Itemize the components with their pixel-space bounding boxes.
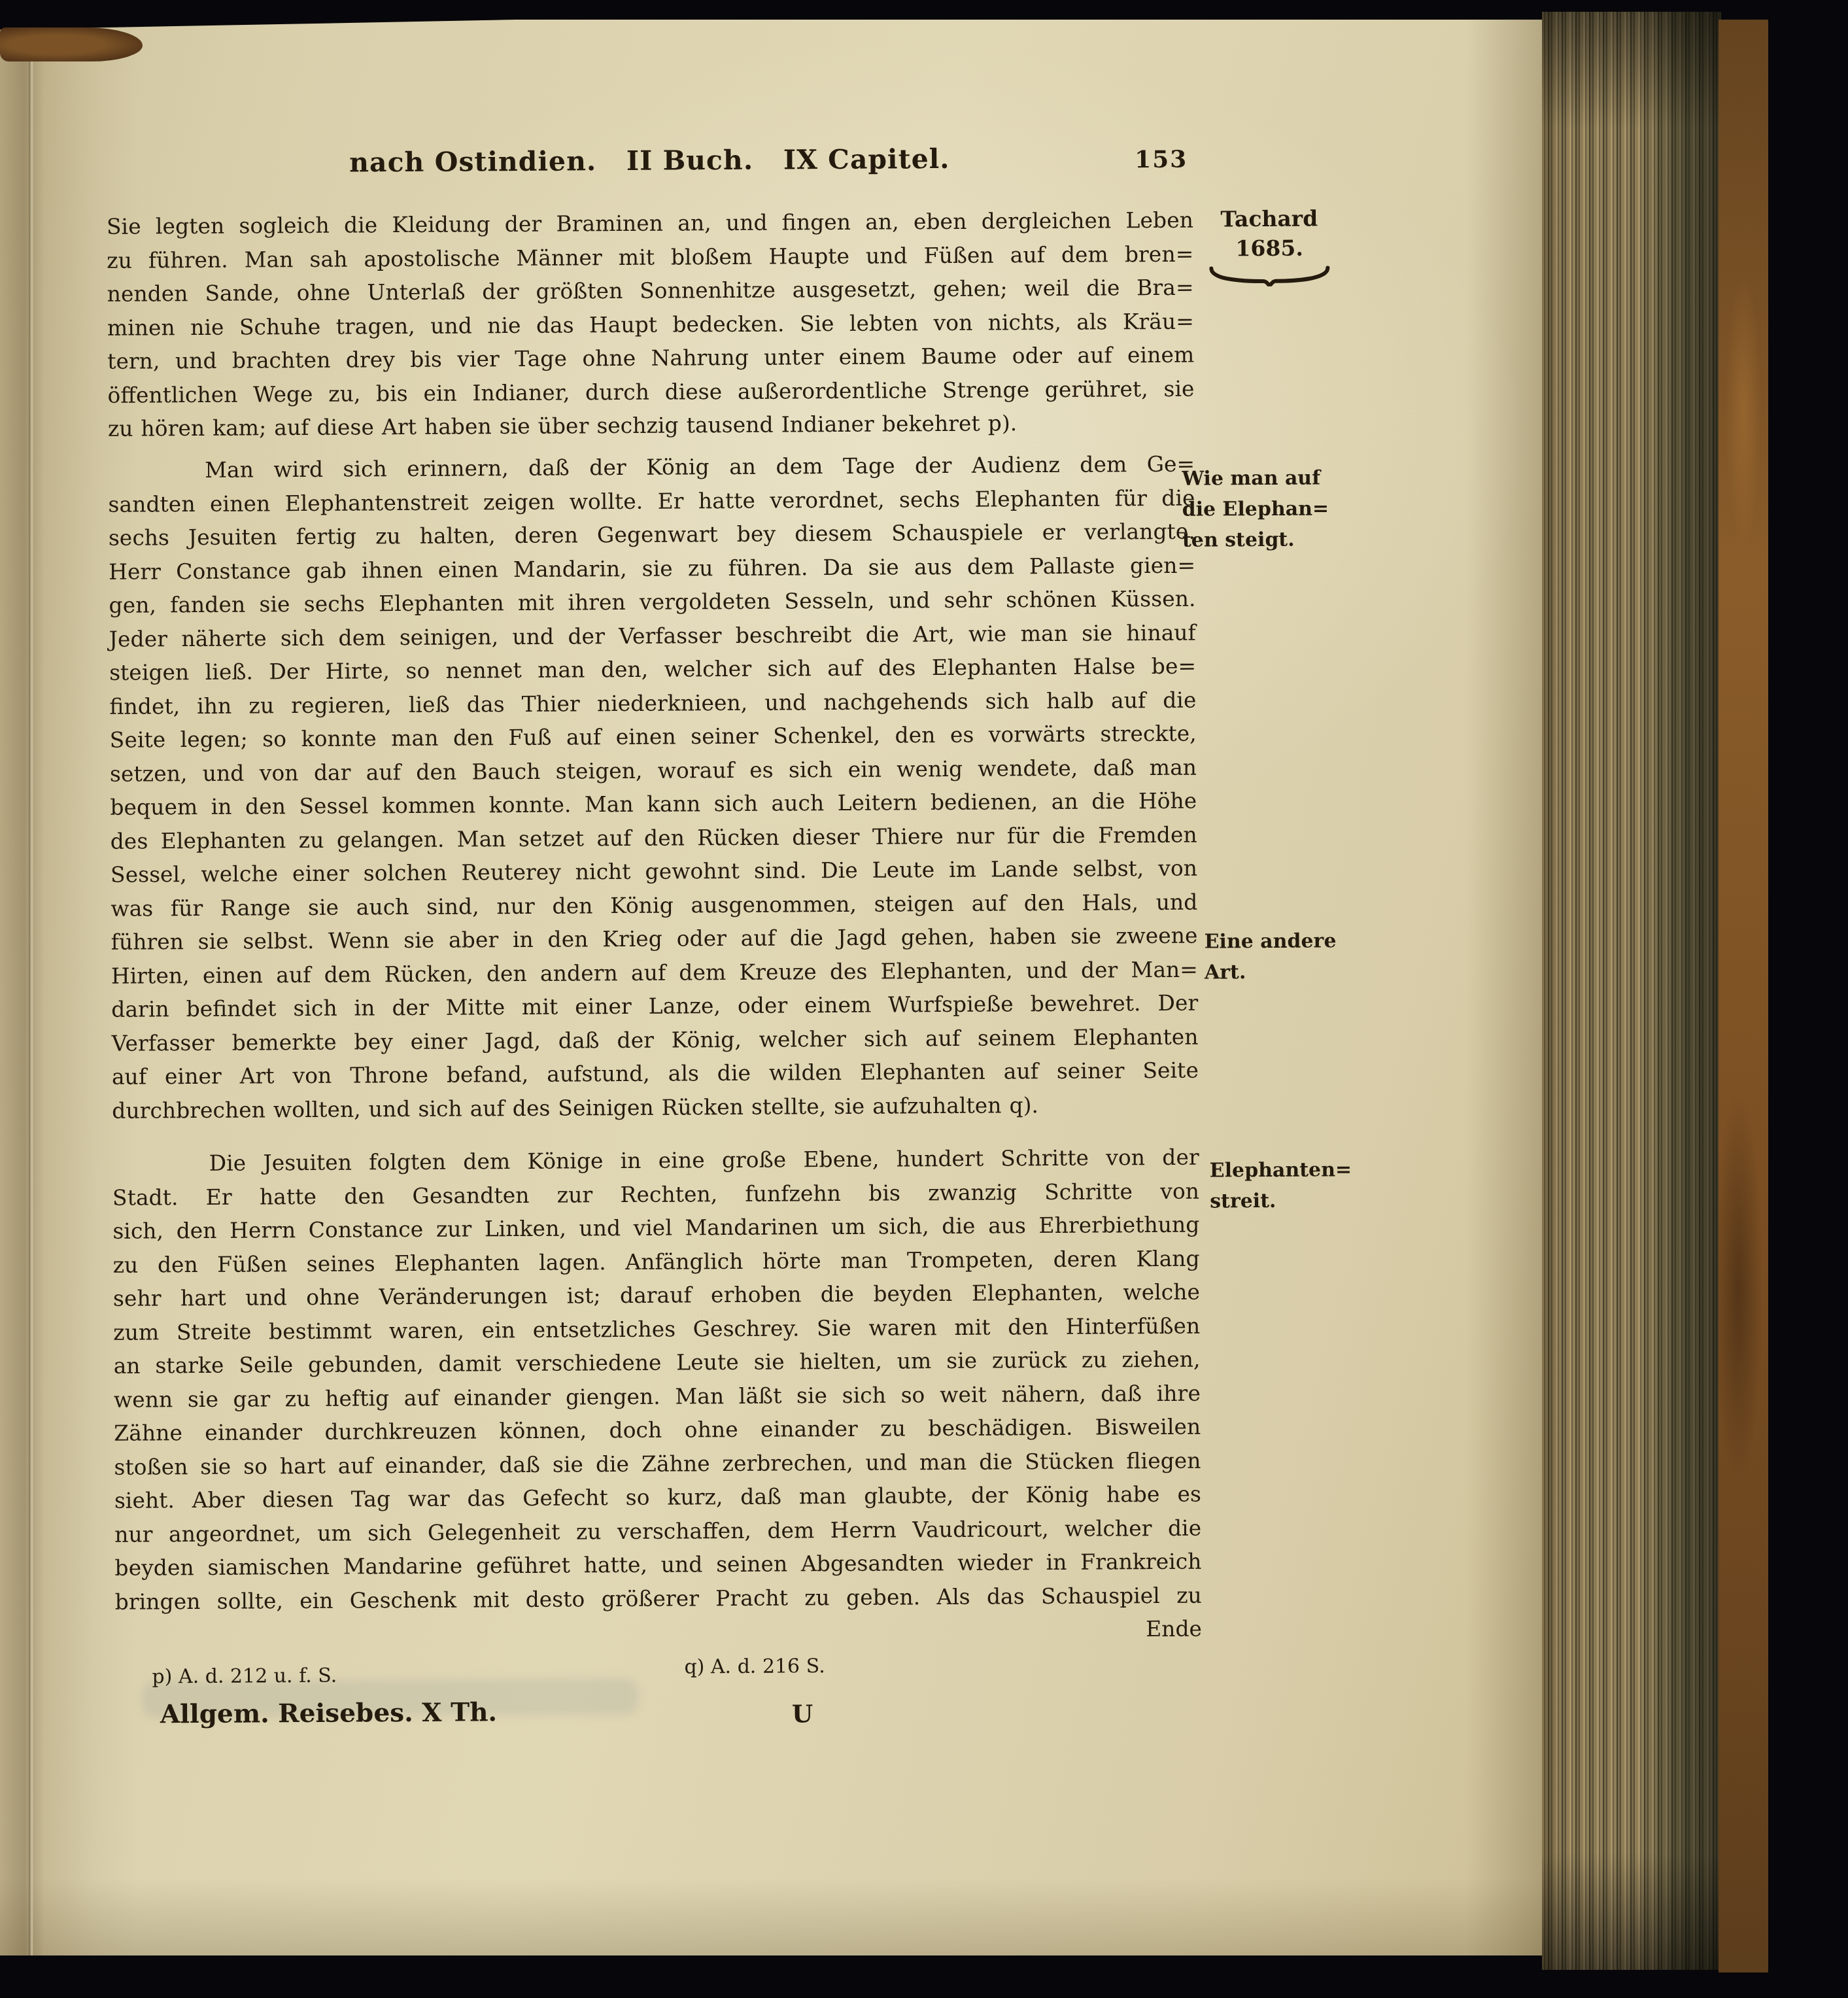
text-line: sich, den Herrn Constance zur Linken, un… bbox=[112, 1208, 1199, 1249]
text-line: Sessel, welche einer solchen Reuterey ni… bbox=[111, 852, 1197, 892]
text-line: Zähne einander durchkreuzen können, doch… bbox=[114, 1410, 1201, 1451]
text-line: beyden siamischen Mandarine geführet hat… bbox=[114, 1545, 1201, 1585]
margin-note-line: Elephanten= bbox=[1210, 1154, 1373, 1186]
margin-note-line: Wie man auf bbox=[1182, 462, 1345, 494]
footnote-p: p) A. d. 212 u. f. S. bbox=[152, 1664, 337, 1689]
text-line: Seite legen; so konnte man den Fuß auf e… bbox=[110, 717, 1197, 757]
margin-note-line: Art. bbox=[1205, 956, 1368, 988]
text-line: bringen sollte, ein Geschenk mit desto g… bbox=[115, 1578, 1202, 1619]
text-line: Man wird sich erinnern, daß der König an… bbox=[108, 447, 1195, 488]
text-line: sieht. Aber diesen Tag war das Gefecht s… bbox=[114, 1477, 1201, 1518]
footnote-q: q) A. d. 216 S. bbox=[684, 1655, 825, 1678]
margin-note-elephant-fight: Elephanten= streit. bbox=[1210, 1154, 1374, 1217]
paragraph-2: Man wird sich erinnern, daß der König an… bbox=[108, 447, 1199, 1128]
margin-note-line: die Elephan= bbox=[1182, 493, 1345, 525]
paragraph-3: Die Jesuiten folgten dem Könige in eine … bbox=[112, 1141, 1202, 1619]
margin-note-line: streit. bbox=[1210, 1185, 1373, 1217]
section-brace-icon bbox=[1207, 264, 1331, 286]
margin-note-line: 1685. bbox=[1204, 233, 1335, 263]
text-line: führen sie selbst. Wenn sie aber in den … bbox=[111, 919, 1197, 959]
margin-note-tachard: Tachard 1685. bbox=[1204, 203, 1335, 286]
paragraph-1: Sie legten sogleich die Kleidung der Bra… bbox=[107, 203, 1195, 446]
printed-area: nach Ostindien. II Buch. IX Capitel. 153… bbox=[0, 0, 1549, 1998]
margin-note-line: Eine andere bbox=[1205, 925, 1368, 957]
text-line: tern, und brachten drey bis vier Tage oh… bbox=[107, 338, 1194, 379]
text-line: darin befindet sich in der Mitte mit ein… bbox=[111, 986, 1198, 1027]
text-line: sehr hart und ohne Veränderungen ist; da… bbox=[113, 1275, 1200, 1316]
margin-note-line: ten steigt. bbox=[1182, 524, 1346, 556]
text-line: Die Jesuiten folgten dem Könige in eine … bbox=[112, 1141, 1199, 1181]
gathering-mark: U bbox=[792, 1699, 813, 1728]
running-title: nach Ostindien. II Buch. IX Capitel. bbox=[106, 142, 1193, 180]
text-line: bequem in den Sessel kommen konnte. Man … bbox=[110, 784, 1197, 825]
text-line: auf einer Art von Throne befand, aufstun… bbox=[112, 1054, 1199, 1094]
catchword: Ende bbox=[115, 1616, 1202, 1648]
margin-note-mounting: Wie man auf die Elephan= ten steigt. bbox=[1182, 462, 1346, 556]
text-line: öffentlichen Wege zu, bis ein Indianer, … bbox=[107, 371, 1194, 412]
text-line: durchbrechen wollten, und sich auf des S… bbox=[112, 1087, 1199, 1128]
text-line: sechs Jesuiten fertig zu halten, deren G… bbox=[109, 515, 1195, 555]
text-line: steigen ließ. Der Hirte, so nennet man d… bbox=[109, 649, 1196, 690]
book-cover-edge bbox=[1719, 20, 1768, 1972]
signature-line: Allgem. Reisebes. X Th. bbox=[160, 1697, 497, 1729]
text-line: nenden Sande, ohne Unterlaß der größten … bbox=[107, 271, 1193, 311]
text-line: an starke Seile gebunden, damit verschie… bbox=[113, 1343, 1200, 1383]
text-line: gen, fanden sie sechs Elephanten mit ihr… bbox=[109, 582, 1195, 623]
page-edge-stack bbox=[1542, 12, 1721, 1970]
page-number: 153 bbox=[1135, 146, 1188, 173]
page-header: nach Ostindien. II Buch. IX Capitel. 153 bbox=[106, 142, 1193, 188]
text-line: zu hören kam; auf diese Art haben sie üb… bbox=[108, 405, 1195, 446]
book-scan: nach Ostindien. II Buch. IX Capitel. 153… bbox=[0, 0, 1848, 1998]
margin-note-other-way: Eine andere Art. bbox=[1205, 925, 1369, 988]
text-line: Sie legten sogleich die Kleidung der Bra… bbox=[107, 203, 1193, 244]
margin-note-line: Tachard bbox=[1204, 203, 1335, 233]
